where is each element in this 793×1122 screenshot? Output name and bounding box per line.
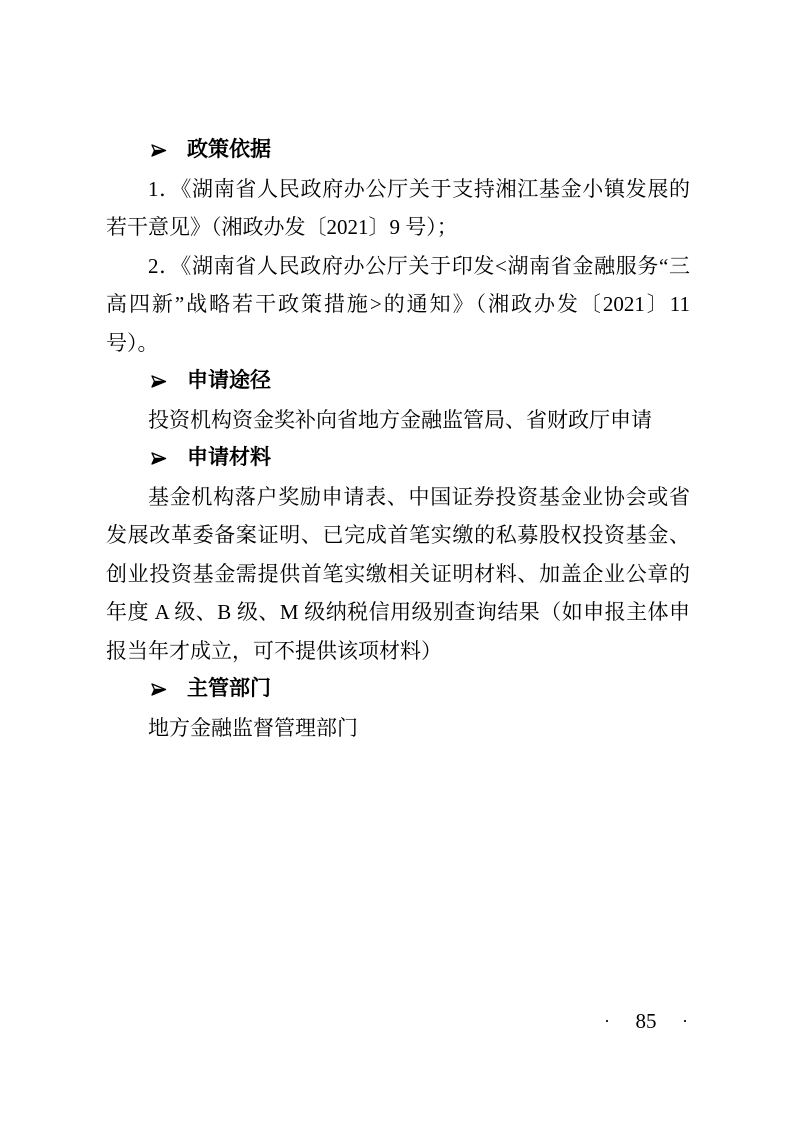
section-heading: 政策依据 [106, 131, 690, 170]
arrow-bullet-icon [150, 373, 167, 390]
document-page: 政策依据 1．《湖南省人民政府办公厅关于支持湘江基金小镇发展的若干意见》（湘政办… [0, 0, 793, 1122]
arrow-bullet-icon [150, 681, 167, 698]
paragraph: 投资机构资金奖补向省地方金融监管局、省财政厅申请 [106, 401, 690, 440]
section-heading-text: 主管部门 [187, 670, 271, 709]
policy-section: 申请材料 基金机构落户奖励申请表、中国证券投资基金业协会或省发展改革委备案证明、… [106, 439, 690, 670]
paragraph: 地方金融监督管理部门 [106, 709, 690, 748]
section-heading-text: 申请途径 [187, 362, 271, 401]
arrow-bullet-icon [150, 142, 167, 159]
paragraph: 基金机构落户奖励申请表、中国证券投资基金业协会或省发展改革委备案证明、已完成首笔… [106, 478, 690, 671]
section-heading: 申请材料 [106, 439, 690, 478]
section-heading-text: 政策依据 [187, 131, 271, 170]
section-heading-text: 申请材料 [187, 439, 271, 478]
page-number-left-dot: · [604, 1008, 610, 1034]
paragraph: 1．《湖南省人民政府办公厅关于支持湘江基金小镇发展的若干意见》（湘政办发〔202… [106, 170, 690, 247]
paragraph: 2．《湖南省人民政府办公厅关于印发<湖南省金融服务“三高四新”战略若干政策措施>… [106, 247, 690, 363]
arrow-bullet-icon [150, 450, 167, 467]
page-number-right-dot: · [682, 1008, 688, 1034]
section-heading: 申请途径 [106, 362, 690, 401]
section-heading: 主管部门 [106, 670, 690, 709]
page-number-value: 85 [636, 1008, 657, 1034]
document-content: 政策依据 1．《湖南省人民政府办公厅关于支持湘江基金小镇发展的若干意见》（湘政办… [106, 131, 690, 747]
policy-section: 主管部门 地方金融监督管理部门 [106, 670, 690, 747]
policy-section: 政策依据 1．《湖南省人民政府办公厅关于支持湘江基金小镇发展的若干意见》（湘政办… [106, 131, 690, 362]
page-number: · 85 · [604, 1008, 688, 1034]
policy-section: 申请途径 投资机构资金奖补向省地方金融监管局、省财政厅申请 [106, 362, 690, 439]
